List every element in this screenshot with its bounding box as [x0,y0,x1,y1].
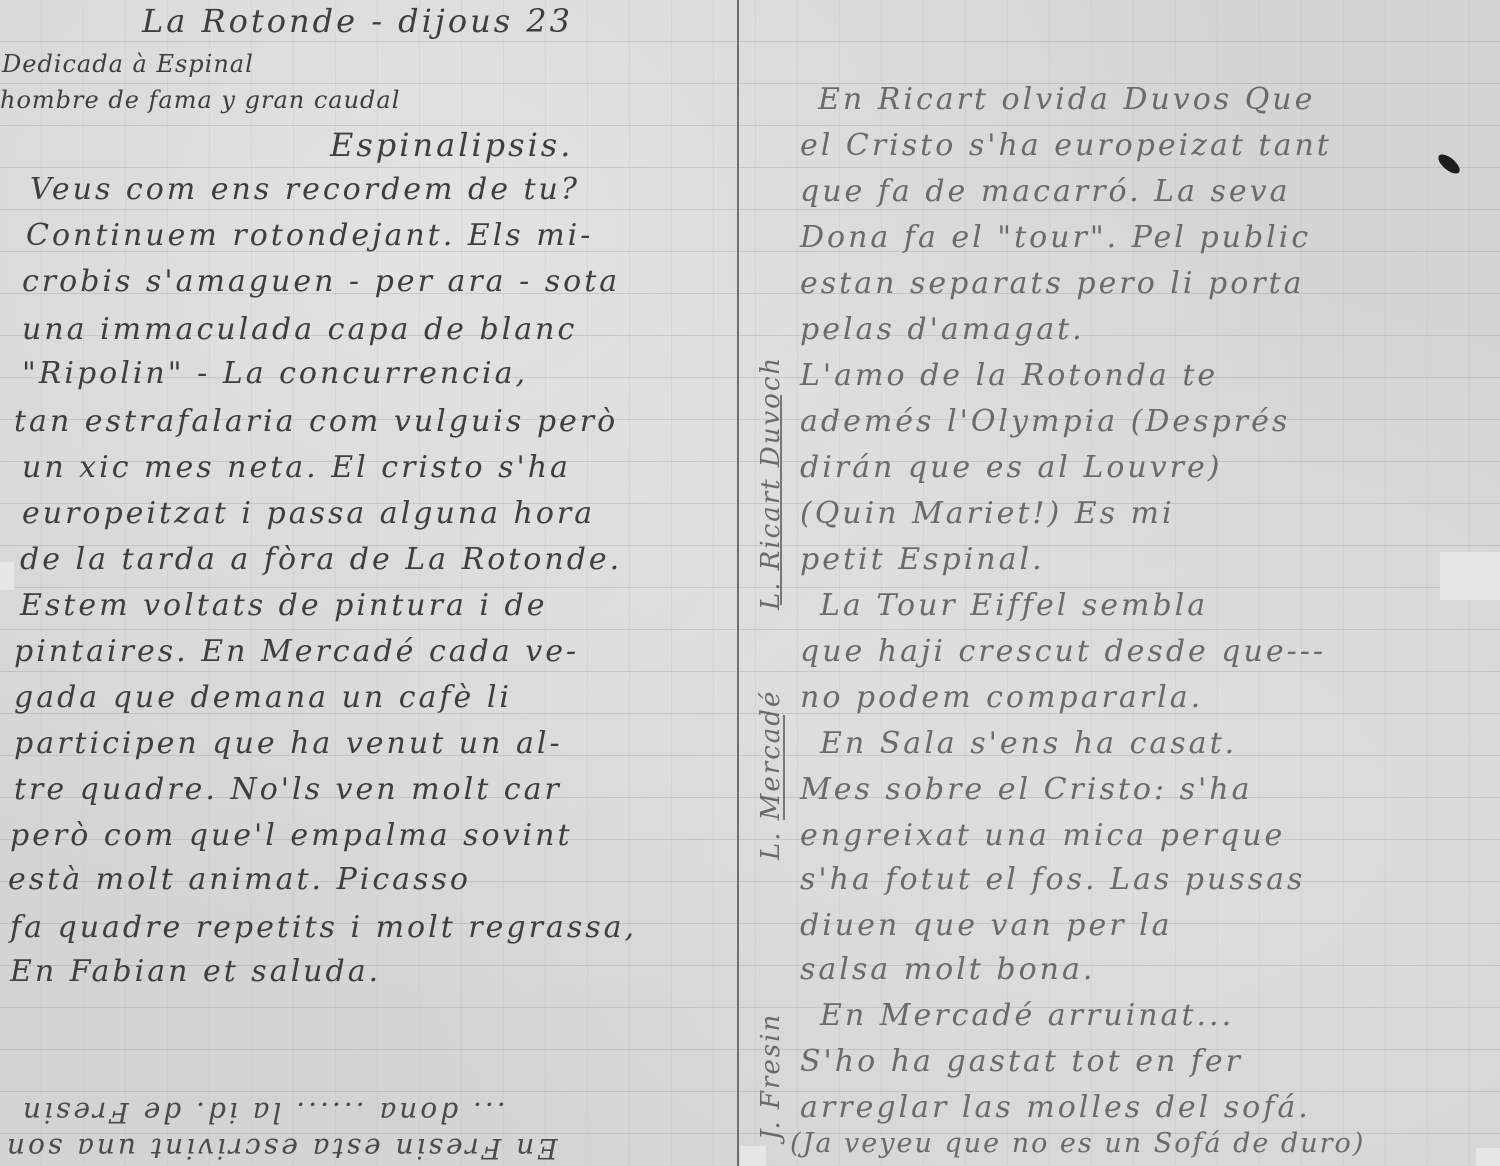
body-line: "Ripolin" - La concurrencia, [22,356,528,391]
body-line: un xic mes neta. El cristo s'ha [22,450,571,485]
dedication-line-2: hombre de fama y gran caudal [0,86,400,114]
body-line: pelas d'amagat. [800,312,1085,347]
letter-title: Espinalipsis. [330,126,573,164]
body-line: Dona fa el "tour". Pel public [800,220,1311,255]
body-line: una immaculada capa de blanc [22,312,577,347]
body-line: que haji crescut desde que--- [800,634,1326,669]
body-line: En Fabian et saluda. [10,954,381,989]
body-line: Mes sobre el Cristo: s'ha [800,772,1252,807]
body-line: Continuem rotondejant. Els mi- [26,218,593,253]
paper-patch-bottom-center [740,1146,766,1166]
body-line: salsa molt bona. [800,952,1095,987]
body-line: dirán que es al Louvre) [800,450,1222,485]
body-line: engreixat una mica perque [800,818,1285,853]
body-line: fa quadre repetits i molt regrassa, [10,910,637,945]
body-line: petit Espinal. [800,542,1045,577]
body-line: està molt animat. Picasso [8,862,471,897]
body-line: Estem voltats de pintura i de [20,588,547,623]
body-line: diuen que van per la [800,908,1173,943]
body-line: tre quadre. No'ls ven molt car [14,772,562,807]
body-line: que fa de macarró. La seva [800,174,1290,209]
letter-sheet: La Rotonde - dijous 23 Dedicada à Espina… [0,0,1500,1166]
body-line: tan estrafalaria com vulguis però [14,404,618,439]
body-line: En Ricart olvida Duvos Que [818,82,1315,117]
body-line: el Cristo s'ha europeizat tant [800,128,1332,163]
body-line: estan separats pero li porta [800,266,1305,301]
paper-patch-right [1440,552,1500,600]
body-line: L'amo de la Rotonda te [800,358,1218,393]
body-line: pintaires. En Mercadé cada ve- [14,634,579,669]
dedication-line-1: Dedicada à Espinal [2,50,254,78]
paper-patch-bottom-right [1476,1148,1500,1166]
upside-down-line: En Fresin esta escrivint una son [4,1132,558,1165]
ink-blot [1435,151,1463,177]
upside-down-line: ... dona ...... la id. de Fresin [20,1096,506,1129]
paper-patch-left [0,562,14,590]
body-line: de la tarda a fòra de La Rotonde. [20,542,622,577]
center-fold-line [737,0,739,1166]
margin-signature: J. Fresin [756,1013,786,1140]
body-line: participen que ha venut un al- [14,726,563,761]
body-line: s'ha fotut el fos. Las pussas [800,862,1305,897]
letter-heading: La Rotonde - dijous 23 [142,2,573,40]
margin-signature: L. Ricart Duvoch [756,356,786,610]
body-line: no podem compararla. [800,680,1203,715]
body-line: però com que'l empalma sovint [10,818,573,853]
body-line: La Tour Eiffel sembla [820,588,1208,623]
body-line: gada que demana un cafè li [14,680,512,715]
body-line: En Sala s'ens ha casat. [820,726,1237,761]
body-line: (Ja veyeu que no es un Sofá de duro) [790,1128,1365,1159]
body-line: crobis s'amaguen - per ara - sota [22,264,620,299]
body-line: S'ho ha gastat tot en fer [800,1044,1243,1079]
body-line: (Quin Mariet!) Es mi [800,496,1175,531]
body-line: arreglar las molles del sofá. [800,1090,1311,1125]
body-line: europeitzat i passa alguna hora [22,496,595,531]
body-line: En Mercadé arruinat... [820,998,1234,1033]
body-line: ademés l'Olympia (Després [800,404,1290,439]
body-line: Veus com ens recordem de tu? [30,172,580,207]
margin-signature: L. Mercadé [756,690,786,860]
